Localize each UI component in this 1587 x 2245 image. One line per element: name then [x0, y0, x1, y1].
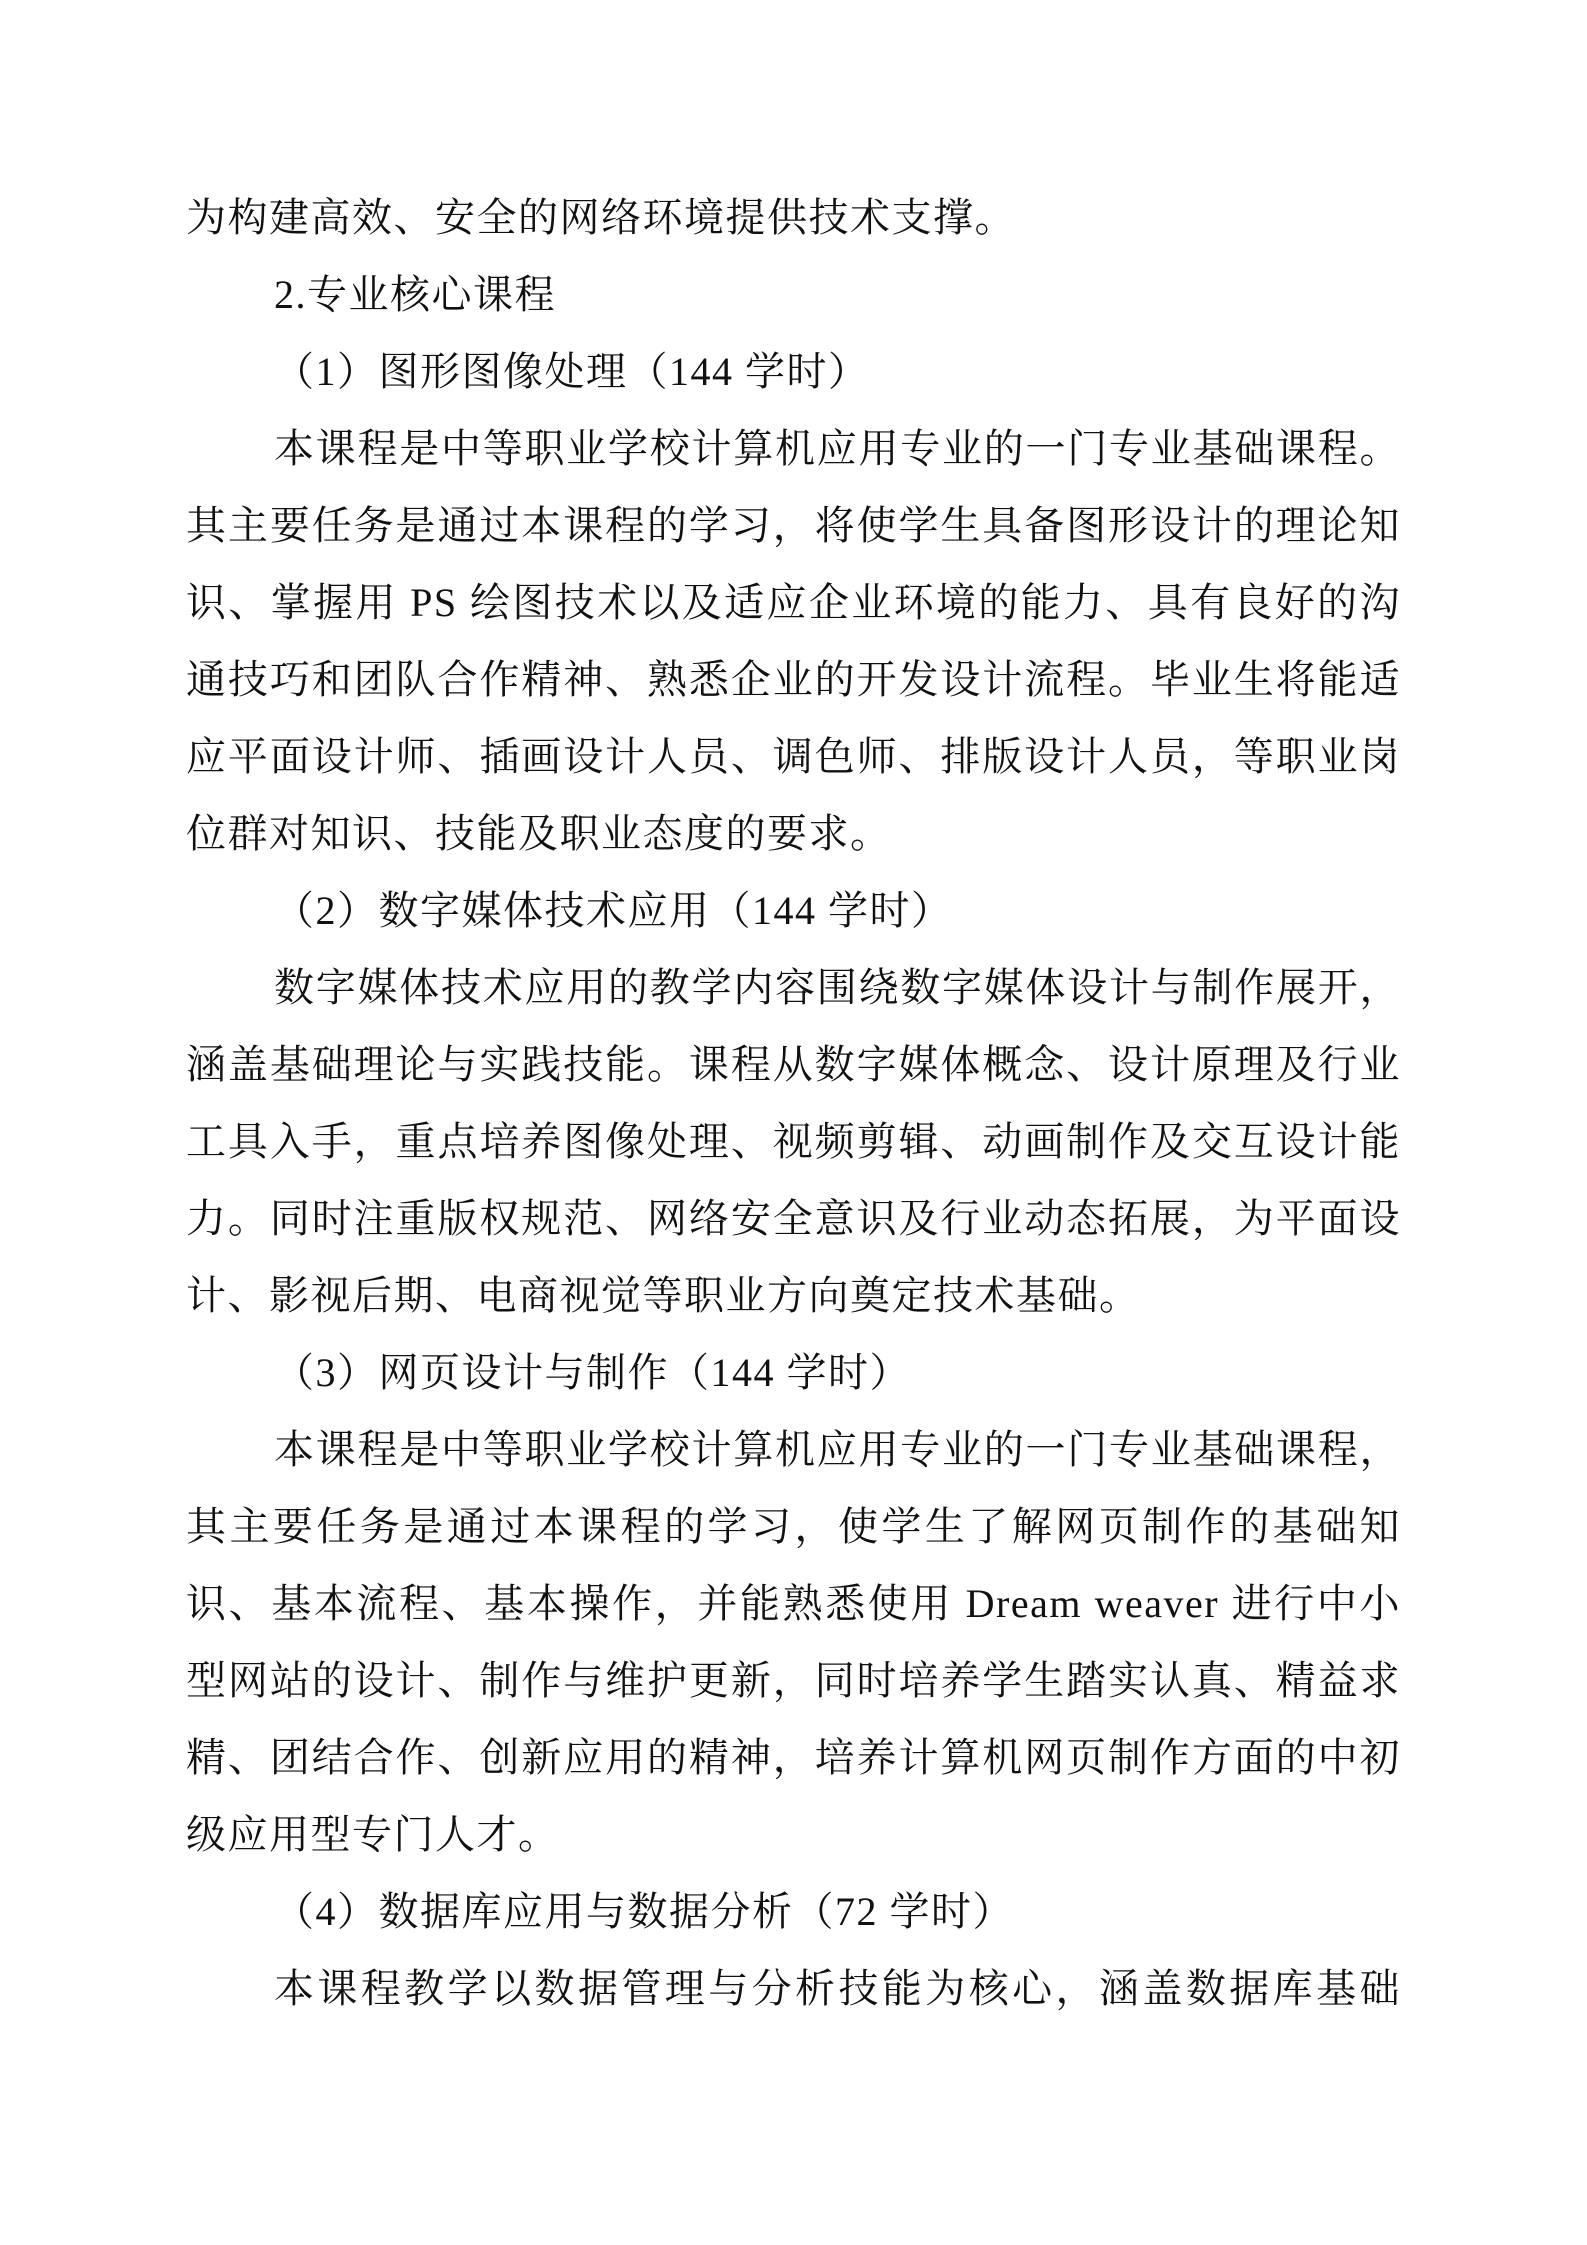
paragraph-intro-continuation: 为构建高效、安全的网络环境提供技术支撑。 [186, 179, 1401, 256]
course-3-description: 本课程是中等职业学校计算机应用专业的一门专业基础课程，其主要任务是通过本课程的学… [186, 1411, 1401, 1873]
course-4-heading: （4）数据库应用与数据分析（72 学时） [186, 1873, 1401, 1950]
course-2-description: 数字媒体技术应用的教学内容围绕数字媒体设计与制作展开，涵盖基础理论与实践技能。课… [186, 949, 1401, 1334]
section-heading-core-courses: 2.专业核心课程 [186, 256, 1401, 333]
course-1-description: 本课程是中等职业学校计算机应用专业的一门专业基础课程。其主要任务是通过本课程的学… [186, 410, 1401, 872]
course-2-heading: （2）数字媒体技术应用（144 学时） [186, 872, 1401, 949]
course-1-heading: （1）图形图像处理（144 学时） [186, 333, 1401, 410]
document-content: 为构建高效、安全的网络环境提供技术支撑。 2.专业核心课程 （1）图形图像处理（… [186, 179, 1401, 2027]
course-4-description-first-line: 本课程教学以数据管理与分析技能为核心，涵盖数据库基础 [186, 1950, 1401, 2027]
course-3-heading: （3）网页设计与制作（144 学时） [186, 1334, 1401, 1411]
document-page: 为构建高效、安全的网络环境提供技术支撑。 2.专业核心课程 （1）图形图像处理（… [0, 0, 1587, 2245]
